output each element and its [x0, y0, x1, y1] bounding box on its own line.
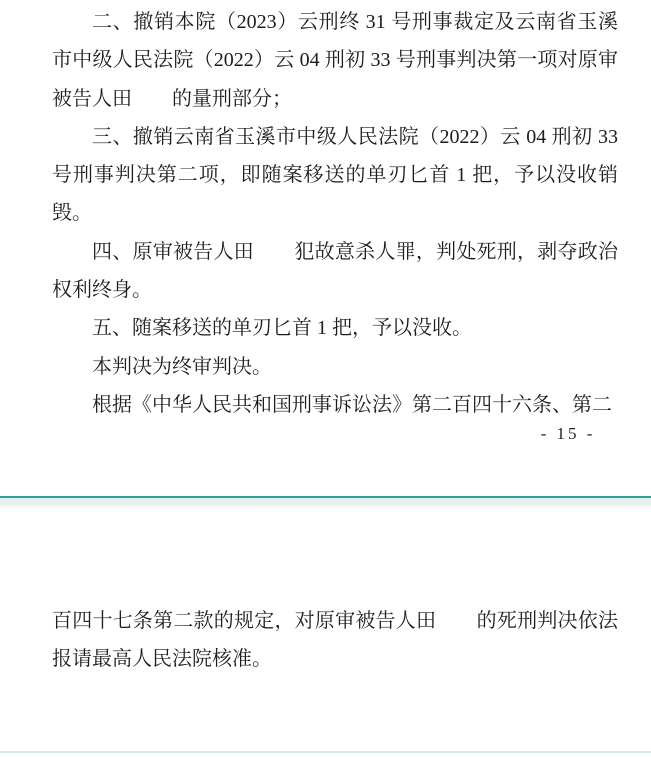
separator-shadow-band — [0, 498, 651, 508]
judgment-item-5: 五、随案移送的单刃匕首 1 把，予以没收。 — [52, 309, 618, 347]
final-judgment-statement: 本判决为终审判决。 — [52, 348, 618, 386]
page-2-text-block: 百四十七条第二款的规定，对原审被告人田 的死刑判决依法报请最高人民法院核准。 — [52, 602, 618, 679]
page-number: - 15 - — [528, 424, 608, 444]
judgment-item-2: 二、撤销本院（2023）云刑终 31 号刑事裁定及云南省玉溪市中级人民法院（20… — [52, 3, 618, 118]
page-1-text-block: 二、撤销本院（2023）云刑终 31 号刑事裁定及云南省玉溪市中级人民法院（20… — [52, 3, 618, 424]
page-separator — [0, 496, 651, 508]
legal-basis-clause-start: 根据《中华人民共和国刑事诉讼法》第二百四十六条、第二 — [52, 386, 618, 424]
judgment-item-3: 三、撤销云南省玉溪市中级人民法院（2022）云 04 刑初 33 号刑事判决第二… — [52, 118, 618, 233]
judgment-item-4: 四、原审被告人田 犯故意杀人罪，判处死刑，剥夺政治权利终身。 — [52, 233, 618, 310]
legal-basis-clause-continuation: 百四十七条第二款的规定，对原审被告人田 的死刑判决依法报请最高人民法院核准。 — [52, 602, 618, 679]
next-page-edge-line — [0, 751, 651, 753]
